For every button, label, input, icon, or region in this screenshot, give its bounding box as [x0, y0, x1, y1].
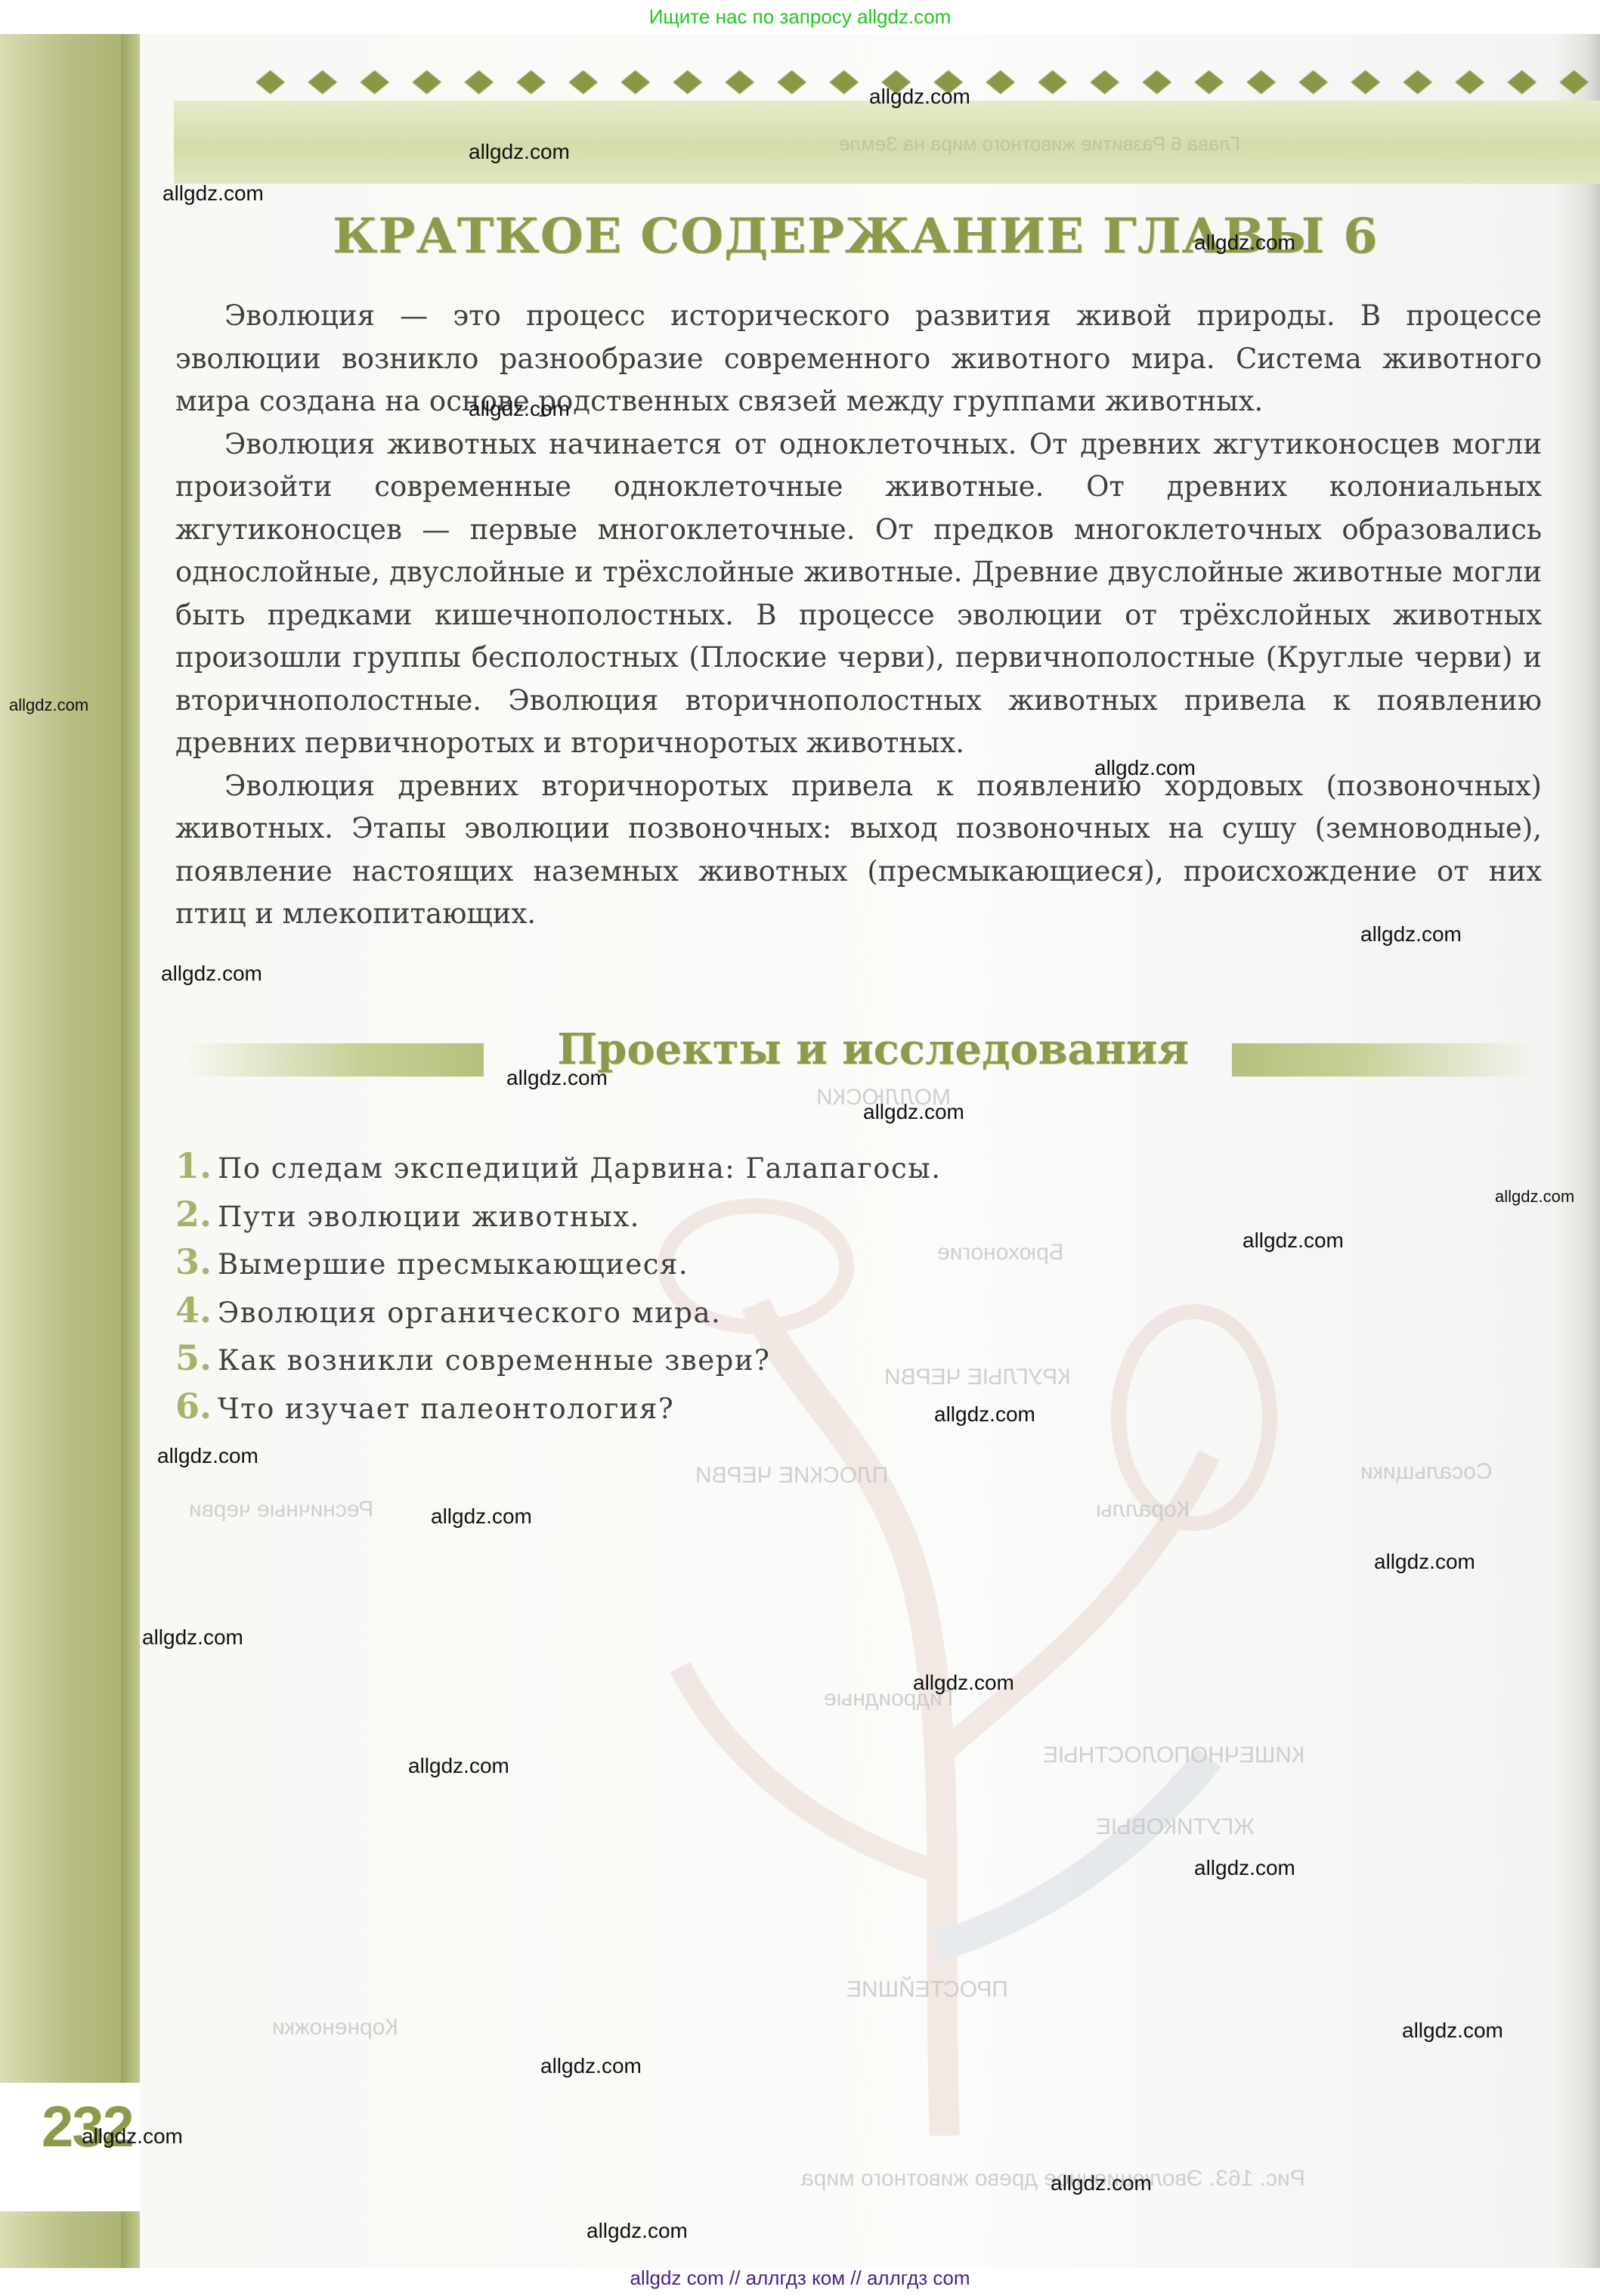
section-decor-bar-right — [1232, 1043, 1534, 1077]
project-item: 2.Пути эволюции животных. — [175, 1194, 1309, 1242]
show-through-label: ПЛОСКИЕ ЧЕРВИ — [695, 1463, 888, 1489]
project-title: Как возникли современные звери? — [218, 1344, 770, 1377]
project-title: Вымершие пресмыкающиеся. — [218, 1248, 689, 1281]
bison-icon: ◆ — [1142, 61, 1171, 98]
show-through-label: Кораллы — [1096, 1497, 1190, 1523]
chapter-header-band: Глава 6 Развитие животного мира на Земле — [174, 101, 1600, 184]
watermark-text: allgdz.com — [1194, 1856, 1295, 1880]
page-binding-shadow — [1555, 34, 1600, 2268]
project-number: 4. — [175, 1290, 218, 1331]
butterfly-icon: ◆ — [1090, 61, 1119, 98]
watermark-text: allgdz.com — [162, 181, 264, 206]
watermark-text: allgdz.com — [540, 2054, 642, 2078]
watermark-text: allgdz.com — [1360, 922, 1462, 947]
watermark-text: allgdz.com — [408, 1754, 509, 1778]
footer-site-links[interactable]: allgdz com // аллгдз ком // аллгдз com — [0, 2267, 1600, 2290]
show-through-label: Сосальщики — [1360, 1459, 1493, 1485]
summary-paragraph: Эволюция древних вторичноротых привела к… — [175, 765, 1542, 936]
section-decor-bar-left — [181, 1043, 484, 1077]
watermark-text: allgdz.com — [157, 1444, 258, 1468]
kangaroo-icon: ◆ — [1403, 61, 1432, 98]
watermark-text: allgdz.com — [431, 1504, 532, 1529]
project-item: 4.Эволюция органического мира. — [175, 1290, 1309, 1338]
watermark-text: allgdz.com — [1051, 2171, 1152, 2195]
project-number: 5. — [175, 1337, 218, 1378]
insect-icon: ◆ — [725, 61, 754, 98]
chapter-summary-text: Эволюция — это процесс исторического раз… — [175, 295, 1542, 936]
project-item: 1.По следам экспедиций Дарвина: Галапаго… — [175, 1145, 1309, 1194]
watermark-text: allgdz.com — [9, 696, 88, 715]
watermark-text: allgdz.com — [1094, 756, 1196, 780]
project-item: 5.Как возникли современные звери? — [175, 1337, 1309, 1386]
deer-icon: ◆ — [1455, 61, 1484, 98]
bird-icon: ◆ — [1559, 61, 1589, 98]
watermark-text: allgdz.com — [1374, 1550, 1475, 1574]
project-title: По следам экспедиций Дарвина: Галапагосы… — [218, 1152, 941, 1185]
kangaroo-icon: ◆ — [777, 61, 806, 98]
seahorse-icon: ◆ — [464, 61, 494, 98]
show-through-label: Ресничные черви — [189, 1497, 373, 1523]
watermark-text: allgdz.com — [1243, 1229, 1344, 1253]
watermark-text: allgdz.com — [934, 1402, 1035, 1427]
bird-icon: ◆ — [1507, 61, 1537, 98]
watermark-text: allgdz.com — [869, 85, 970, 109]
watermark-text: allgdz.com — [469, 397, 570, 421]
dino-icon: ◆ — [1246, 61, 1276, 98]
project-title: Эволюция органического мира. — [218, 1297, 721, 1329]
project-number: 6. — [175, 1386, 218, 1427]
watermark-text: allgdz.com — [1402, 2019, 1503, 2043]
project-number: 2. — [175, 1194, 218, 1235]
watermark-text: allgdz.com — [82, 2124, 183, 2149]
project-number: 1. — [175, 1145, 218, 1186]
project-item: 3.Вымершие пресмыкающиеся. — [175, 1241, 1309, 1290]
search-banner: Ищите нас по запросу allgdz.com — [0, 0, 1600, 34]
butterfly-icon: ◆ — [516, 61, 546, 98]
summary-paragraph: Эволюция животных начинается от одноклет… — [175, 423, 1542, 765]
watermark-text: allgdz.com — [469, 140, 570, 164]
bison-icon: ◆ — [673, 61, 702, 98]
bird-icon: ◆ — [1194, 61, 1224, 98]
project-number: 3. — [175, 1241, 218, 1282]
deer-icon: ◆ — [829, 61, 859, 98]
insect-icon: ◆ — [1351, 61, 1380, 98]
watermark-text: allgdz.com — [1194, 231, 1295, 255]
project-title: Что изучает палеонтология? — [218, 1393, 674, 1425]
bird-icon: ◆ — [568, 61, 598, 98]
watermark-text: allgdz.com — [161, 962, 262, 986]
watermark-text: allgdz.com — [863, 1100, 964, 1124]
show-through-label: КИШЕЧНОПОЛОСТНЫЕ — [1043, 1743, 1304, 1768]
show-through-heading: Глава 6 Развитие животного мира на Земле — [839, 132, 1240, 156]
show-through-label: ЖГУТИКОВЫЕ — [1096, 1814, 1255, 1840]
projects-list: 1.По следам экспедиций Дарвина: Галапаго… — [175, 1145, 1309, 1433]
show-through-label: ПРОСТЕЙШИЕ — [846, 1977, 1008, 2003]
watermark-text: allgdz.com — [913, 1671, 1014, 1695]
watermark-text: allgdz.com — [506, 1066, 608, 1090]
watermark-text: allgdz.com — [1495, 1187, 1574, 1207]
bison-icon: ◆ — [412, 61, 441, 98]
textbook-page: 232 ◆◆◆◆◆◆◆◆◆◆◆◆◆◆◆◆◆◆◆◆◆◆◆◆◆◆ Глава 6 Р… — [0, 34, 1600, 2268]
project-title: Пути эволюции животных. — [218, 1201, 640, 1233]
bison-icon: ◆ — [1298, 61, 1328, 98]
summary-paragraph: Эволюция — это процесс исторического раз… — [175, 295, 1542, 423]
watermark-text: allgdz.com — [142, 1625, 243, 1650]
seahorse-icon: ◆ — [1038, 61, 1067, 98]
project-item: 6.Что изучает палеонтология? — [175, 1386, 1309, 1434]
show-through-label: Корненожки — [272, 2015, 398, 2040]
watermark-text: allgdz.com — [586, 2219, 688, 2243]
bison-icon: ◆ — [986, 61, 1015, 98]
deer-icon: ◆ — [255, 61, 285, 98]
bird-icon: ◆ — [360, 61, 389, 98]
projects-section-title: Проекты и исследования — [521, 1024, 1224, 1074]
dino-icon: ◆ — [621, 61, 650, 98]
bird-icon: ◆ — [308, 61, 337, 98]
page-margin-strip — [0, 34, 140, 2268]
